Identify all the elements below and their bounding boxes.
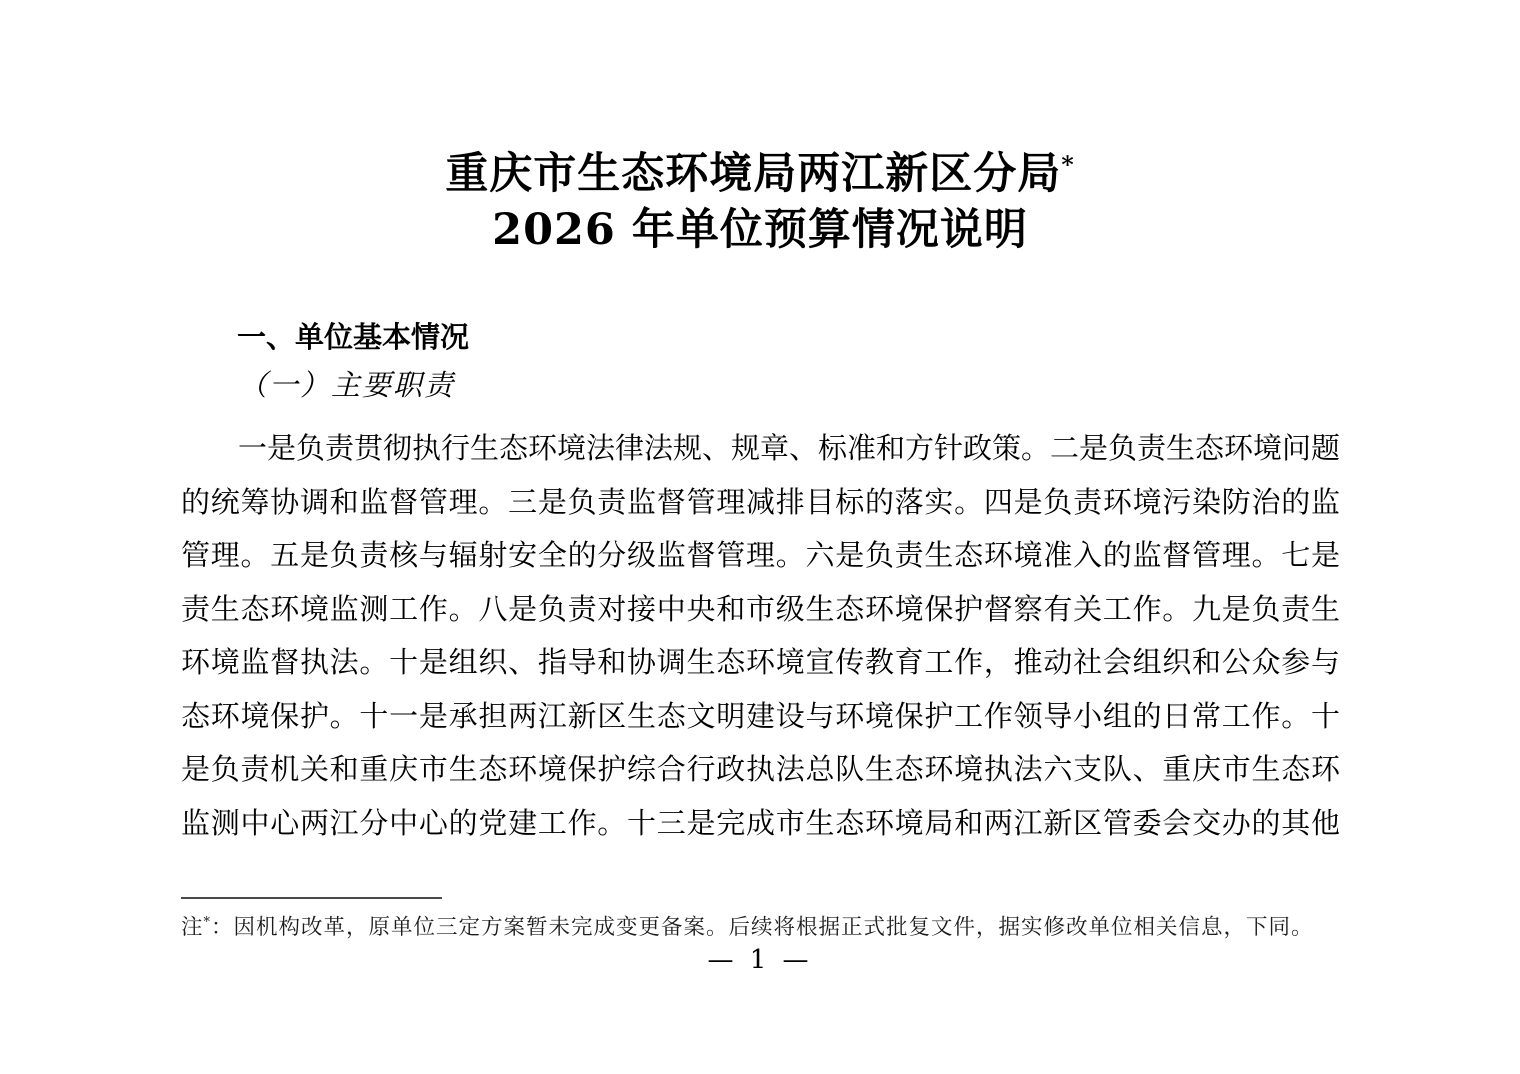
body-line-7: 是负责机关和重庆市生态环境保护综合行政执法总队生态环境执法六支队、重庆市生态环境 — [181, 743, 1340, 797]
body-line-8: 监测中心两江分中心的党建工作。十三是完成市生态环境局和两江新区管委会交办的其他工 — [181, 797, 1340, 851]
footnote-asterisk: * — [204, 915, 211, 930]
footnote-prefix: 注 — [181, 915, 204, 940]
body-line-3: 管理。五是负责核与辐射安全的分级监督管理。六是负责生态环境准入的监督管理。七是负 — [181, 529, 1340, 583]
footnote-separator-rule — [181, 897, 442, 899]
document-title-text: 重庆市生态环境局两江新区分局 — [445, 149, 1061, 199]
section-heading-basic-info: 一、单位基本情况 — [237, 321, 469, 353]
footnote-text: ：因机构改革，原单位三定方案暂未完成变更备案。后续将根据正式批复文件，据实修改单… — [211, 915, 1314, 940]
page-number: — 1 — — [0, 944, 1520, 976]
document-title-block: 重庆市生态环境局两江新区分局* 2026 年单位预算情况说明 — [0, 146, 1520, 258]
body-paragraph: 一是负责贯彻执行生态环境法律法规、规章、标准和方针政策。二是负责生态环境问题 的… — [181, 422, 1340, 850]
body-line-4: 责生态环境监测工作。八是负责对接中央和市级生态环境保护督察有关工作。九是负责生态 — [181, 583, 1340, 637]
body-line-6: 态环境保护。十一是承担两江新区生态文明建设与环境保护工作领导小组的日常工作。十二 — [181, 690, 1340, 744]
document-title-line-1: 重庆市生态环境局两江新区分局* — [0, 146, 1520, 202]
document-title-line-2: 2026 年单位预算情况说明 — [0, 202, 1520, 258]
title-footnote-asterisk: * — [1061, 151, 1074, 179]
subsection-heading-main-duties: （一）主要职责 — [238, 369, 455, 401]
document-page: 重庆市生态环境局两江新区分局* 2026 年单位预算情况说明 一、单位基本情况 … — [0, 0, 1520, 1074]
body-line-2: 的统筹协调和监督管理。三是负责监督管理减排目标的落实。四是负责环境污染防治的监督 — [181, 476, 1340, 530]
body-line-5: 环境监督执法。十是组织、指导和协调生态环境宣传教育工作，推动社会组织和公众参与生 — [181, 636, 1340, 690]
body-line-1: 一是负责贯彻执行生态环境法律法规、规章、标准和方针政策。二是负责生态环境问题 — [181, 422, 1340, 476]
footnote: 注*：因机构改革，原单位三定方案暂未完成变更备案。后续将根据正式批复文件，据实修… — [181, 913, 1361, 943]
